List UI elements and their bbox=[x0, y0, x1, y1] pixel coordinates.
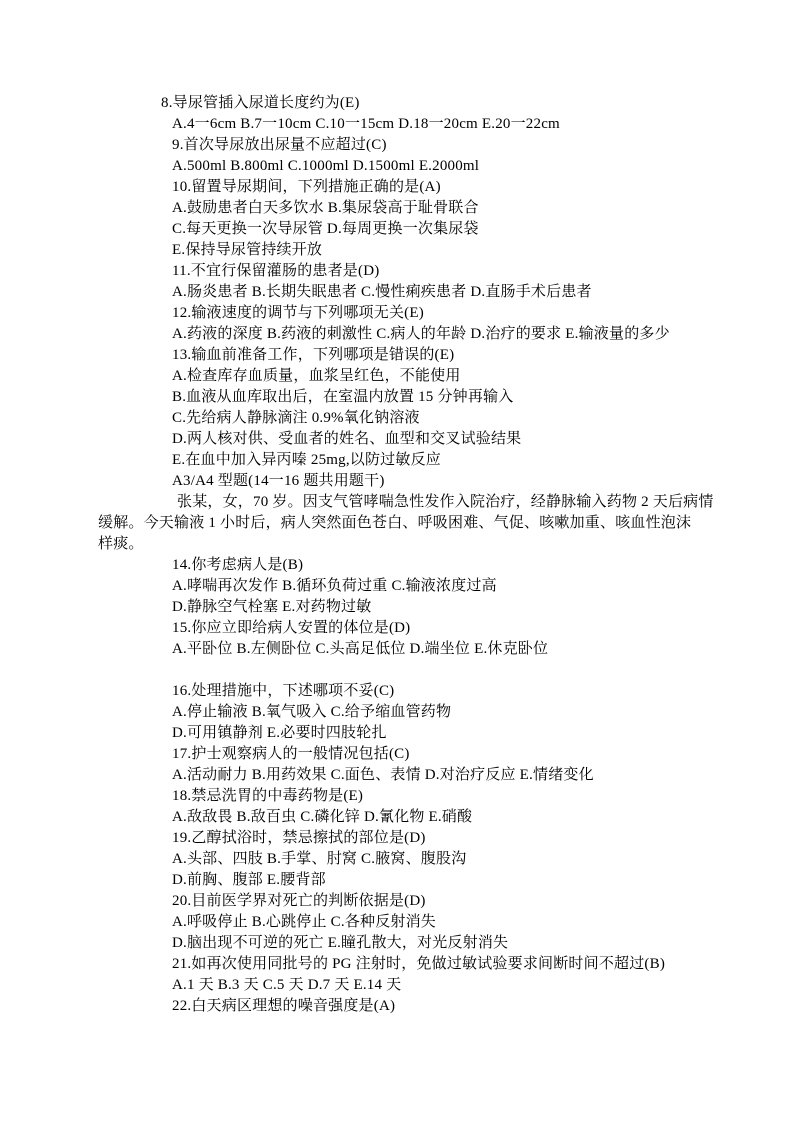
text-line: 21.如再次使用同批号的 PG 注射时，免做过敏试验要求间断时间不超过(B) bbox=[0, 954, 794, 975]
text-line: A.哮喘再次发作 B.循环负荷过重 C.输液浓度过高 bbox=[0, 576, 794, 597]
text-line: 缓解。今天输液 1 小时后，病人突然面色苍白、呼吸困难、气促、咳嗽加重、咳血性泡… bbox=[0, 513, 794, 534]
text-line: A.1 天 B.3 天 C.5 天 D.7 天 E.14 天 bbox=[0, 975, 794, 996]
text-line: 22.白天病区理想的噪音强度是(A) bbox=[0, 996, 794, 1017]
text-line: A.头部、四肢 B.手掌、肘窝 C.腋窝、腹股沟 bbox=[0, 849, 794, 870]
text-line: A.平卧位 B.左侧卧位 C.头高足低位 D.端坐位 E.休克卧位 bbox=[0, 639, 794, 660]
text-line: 20.目前医学界对死亡的判断依据是(D) bbox=[0, 891, 794, 912]
text-block: 8.导尿管插入尿道长度约为(E)A.4一6cm B.7一10cm C.10一15… bbox=[0, 93, 794, 1017]
exam-document-page: 8.导尿管插入尿道长度约为(E)A.4一6cm B.7一10cm C.10一15… bbox=[0, 0, 794, 1123]
text-line: A.停止输液 B.氧气吸入 C.给予缩血管药物 bbox=[0, 702, 794, 723]
text-line: A.500ml B.800ml C.1000ml D.1500ml E.2000… bbox=[0, 156, 794, 177]
text-line: 张某，女，70 岁。因支气管哮喘急性发作入院治疗，经静脉输入药物 2 天后病情 bbox=[0, 492, 794, 513]
text-line: A.4一6cm B.7一10cm C.10一15cm D.18一20cm E.2… bbox=[0, 114, 794, 135]
text-line: 11.不宜行保留灌肠的患者是(D) bbox=[0, 261, 794, 282]
text-line: A.鼓励患者白天多饮水 B.集尿袋高于耻骨联合 bbox=[0, 198, 794, 219]
text-line: C.先给病人静脉滴注 0.9%氧化钠溶液 bbox=[0, 408, 794, 429]
text-line: D.两人核对供、受血者的姓名、血型和交叉试验结果 bbox=[0, 429, 794, 450]
text-line: D.脑出现不可逆的死亡 E.瞳孔散大，对光反射消失 bbox=[0, 933, 794, 954]
text-line: 19.乙醇拭浴时，禁忌擦拭的部位是(D) bbox=[0, 828, 794, 849]
text-line: E.在血中加入异丙嗪 25mg,以防过敏反应 bbox=[0, 450, 794, 471]
text-line: D.静脉空气栓塞 E.对药物过敏 bbox=[0, 597, 794, 618]
text-line: A.敌敌畏 B.敌百虫 C.磷化锌 D.氰化物 E.硝酸 bbox=[0, 807, 794, 828]
text-line: D.可用镇静剂 E.必要时四肢轮扎 bbox=[0, 723, 794, 744]
text-line: A.呼吸停止 B.心跳停止 C.各种反射消失 bbox=[0, 912, 794, 933]
text-line: A.肠炎患者 B.长期失眠患者 C.慢性痢疾患者 D.直肠手术后患者 bbox=[0, 282, 794, 303]
text-line: 样痰。 bbox=[0, 534, 794, 555]
blank-line bbox=[0, 660, 794, 681]
text-line: A.药液的深度 B.药液的刺激性 C.病人的年龄 D.治疗的要求 E.输液量的多… bbox=[0, 324, 794, 345]
text-line: E.保持导尿管持续开放 bbox=[0, 240, 794, 261]
text-line: 12.输液速度的调节与下列哪项无关(E) bbox=[0, 303, 794, 324]
text-line: 15.你应立即给病人安置的体位是(D) bbox=[0, 618, 794, 639]
text-line: 14.你考虑病人是(B) bbox=[0, 555, 794, 576]
text-line: 13.输血前准备工作，下列哪项是错误的(E) bbox=[0, 345, 794, 366]
text-line: 9.首次导尿放出尿量不应超过(C) bbox=[0, 135, 794, 156]
text-line: 10.留置导尿期间，下列措施正确的是(A) bbox=[0, 177, 794, 198]
text-line: C.每天更换一次导尿管 D.每周更换一次集尿袋 bbox=[0, 219, 794, 240]
text-line: 17.护士观察病人的一般情况包括(C) bbox=[0, 744, 794, 765]
text-line: A3/A4 型题(14一16 题共用题干) bbox=[0, 471, 794, 492]
text-line: A.检查库存血质量，血浆呈红色，不能使用 bbox=[0, 366, 794, 387]
text-line: B.血液从血库取出后，在室温内放置 15 分钟再输入 bbox=[0, 387, 794, 408]
text-line: 16.处理措施中，下述哪项不妥(C) bbox=[0, 681, 794, 702]
text-line: 18.禁忌洗胃的中毒药物是(E) bbox=[0, 786, 794, 807]
text-line: 8.导尿管插入尿道长度约为(E) bbox=[0, 93, 794, 114]
text-line: D.前胸、腹部 E.腰背部 bbox=[0, 870, 794, 891]
text-line: A.活动耐力 B.用药效果 C.面色、表情 D.对治疗反应 E.情绪变化 bbox=[0, 765, 794, 786]
